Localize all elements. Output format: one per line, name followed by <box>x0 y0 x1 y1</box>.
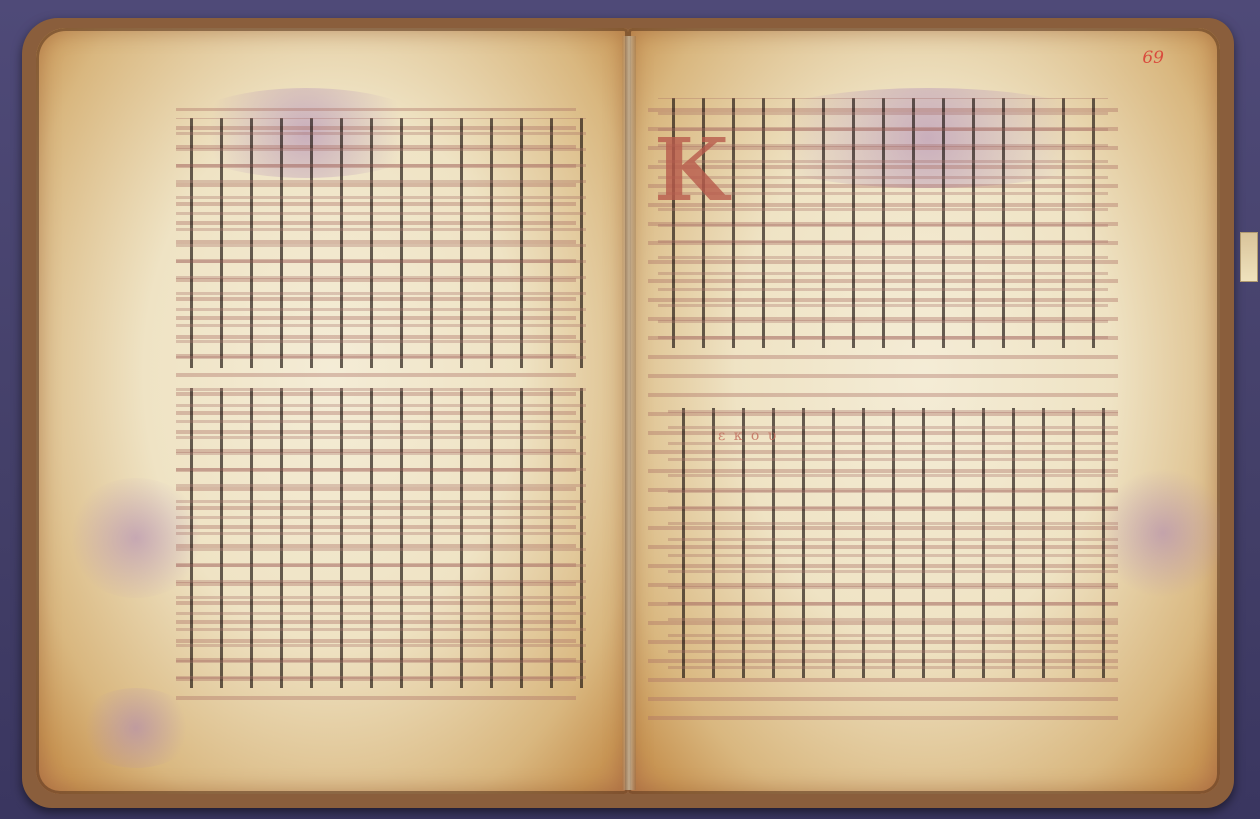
rubric: ε κ ο υ <box>718 428 778 444</box>
paper-tab <box>1240 232 1258 282</box>
decorated-initial: K <box>654 128 729 214</box>
text-column-bottom <box>176 388 586 688</box>
text-column-bottom <box>668 408 1118 678</box>
open-manuscript: K ε κ ο υ 69 <box>22 18 1234 808</box>
folio-number: 69 <box>1142 48 1164 68</box>
right-leaf: K ε κ ο υ <box>628 28 1220 794</box>
text-column-top <box>176 118 586 368</box>
book-gutter <box>622 36 636 790</box>
left-leaf <box>36 28 628 794</box>
